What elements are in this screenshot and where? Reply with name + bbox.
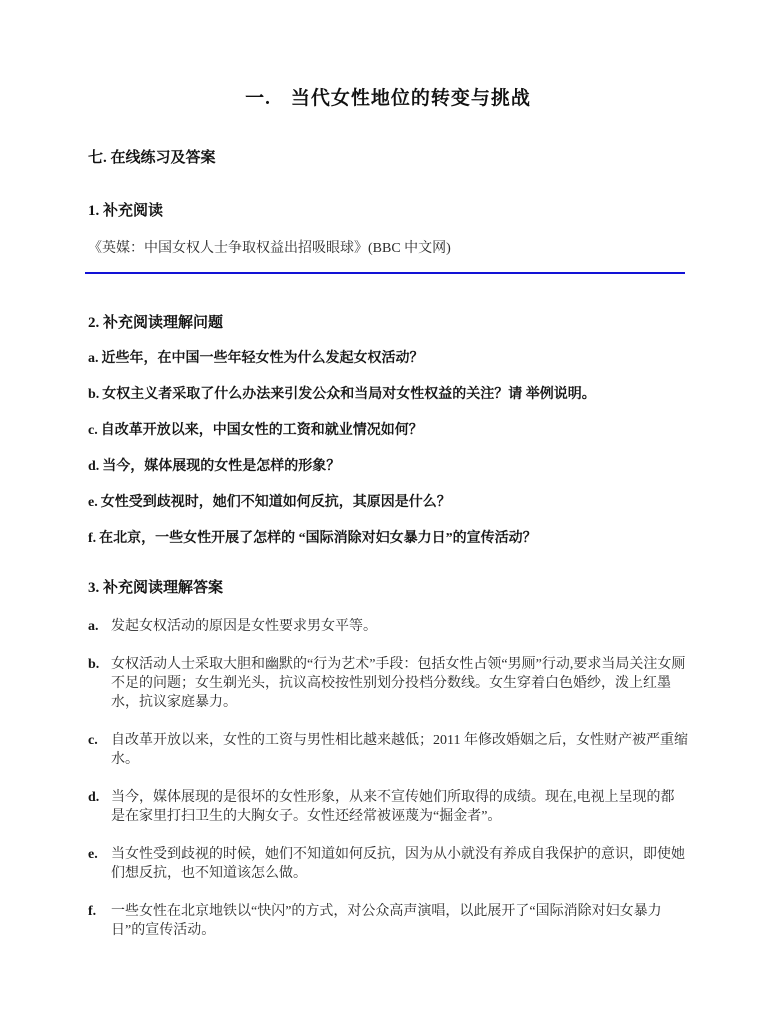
answer-label: e.	[88, 845, 111, 883]
answer-text: 当女性受到歧视的时候，她们不知道如何反抗，因为从小就没有养成自我保护的意识，即使…	[111, 845, 688, 883]
heading-comprehension-questions: 2. 补充阅读理解问题	[88, 313, 688, 333]
answer-item-b: b. 女权活动人士采取大胆和幽默的“行为艺术”手段：包括女性占领“男厕”行动,要…	[88, 655, 688, 712]
article-link-underline[interactable]	[85, 272, 685, 274]
question-label: b.	[88, 387, 99, 402]
chapter-heading: 七. 在线练习及答案	[88, 148, 688, 168]
question-label: e.	[88, 495, 98, 510]
reading-reference: 《英媒：中国女权人士争取权益出招吸眼球》(BBC 中文网)	[88, 239, 688, 259]
question-item-d: d.当今，媒体展现的女性是怎样的形象？	[88, 457, 688, 477]
question-item-b: b.女权主义者采取了什么办法来引发公众和当局对女性权益的关注？请 举例说明。	[88, 385, 688, 405]
question-label: d.	[88, 459, 99, 474]
heading-supplementary-reading: 1. 补充阅读	[88, 201, 688, 221]
answer-label: c.	[88, 731, 111, 769]
question-text: 近些年，在中国一些年轻女性为什么发起女权活动？	[102, 351, 424, 366]
answer-label: a.	[88, 617, 111, 636]
answers-list: a. 发起女权活动的原因是女性要求男女平等。 b. 女权活动人士采取大胆和幽默的…	[88, 617, 688, 940]
answer-item-d: d. 当今，媒体展现的是很坏的女性形象，从来不宣传她们所取得的成绩。现在,电视上…	[88, 788, 688, 826]
document-page: 一. 当代女性地位的转变与挑战 七. 在线练习及答案 1. 补充阅读 《英媒：中…	[0, 0, 768, 1024]
answer-item-a: a. 发起女权活动的原因是女性要求男女平等。	[88, 617, 688, 636]
question-text: 女性受到歧视时，她们不知道如何反抗，其原因是什么？	[101, 495, 451, 510]
answer-item-c: c. 自改革开放以来，女性的工资与男性相比越来越低；2011 年修改婚姻之后，女…	[88, 731, 688, 769]
answer-item-e: e. 当女性受到歧视的时候，她们不知道如何反抗，因为从小就没有养成自我保护的意识…	[88, 845, 688, 883]
answer-text: 发起女权活动的原因是女性要求男女平等。	[111, 617, 688, 636]
answer-text: 自改革开放以来，女性的工资与男性相比越来越低；2011 年修改婚姻之后，女性财产…	[111, 731, 688, 769]
answer-label: d.	[88, 788, 111, 826]
question-text: 当今，媒体展现的女性是怎样的形象？	[102, 459, 340, 474]
question-text: 自改革开放以来，中国女性的工资和就业情况如何？	[101, 423, 423, 438]
question-text: 在北京，一些女性开展了怎样的 “国际消除对妇女暴力日”的宣传活动？	[99, 531, 537, 546]
answer-text: 当今，媒体展现的是很坏的女性形象，从来不宣传她们所取得的成绩。现在,电视上呈现的…	[111, 788, 688, 826]
question-item-e: e.女性受到歧视时，她们不知道如何反抗，其原因是什么？	[88, 493, 688, 513]
answer-label: b.	[88, 655, 111, 712]
heading-comprehension-answers: 3. 补充阅读理解答案	[88, 578, 688, 598]
question-label: a.	[88, 351, 99, 366]
question-text: 女权主义者采取了什么办法来引发公众和当局对女性权益的关注？请 举例说明。	[102, 387, 596, 402]
question-item-c: c.自改革开放以来，中国女性的工资和就业情况如何？	[88, 421, 688, 441]
question-label: c.	[88, 423, 98, 438]
answer-label: f.	[88, 902, 111, 940]
question-item-a: a.近些年，在中国一些年轻女性为什么发起女权活动？	[88, 349, 688, 369]
answer-text: 女权活动人士采取大胆和幽默的“行为艺术”手段：包括女性占领“男厕”行动,要求当局…	[111, 655, 688, 712]
answer-text: 一些女性在北京地铁以“快闪”的方式，对公众高声演唱，以此展开了“国际消除对妇女暴…	[111, 902, 688, 940]
questions-list: a.近些年，在中国一些年轻女性为什么发起女权活动？ b.女权主义者采取了什么办法…	[88, 349, 688, 549]
answer-item-f: f. 一些女性在北京地铁以“快闪”的方式，对公众高声演唱，以此展开了“国际消除对…	[88, 902, 688, 940]
question-label: f.	[88, 531, 96, 546]
question-item-f: f.在北京，一些女性开展了怎样的 “国际消除对妇女暴力日”的宣传活动？	[88, 529, 688, 549]
document-title: 一. 当代女性地位的转变与挑战	[88, 86, 688, 112]
